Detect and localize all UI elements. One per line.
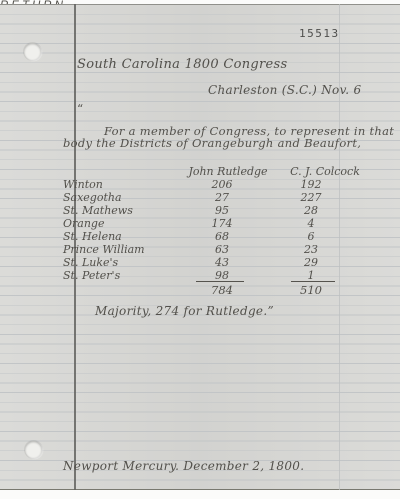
punch-hole-top [24, 43, 41, 60]
colcock-votes: 28 [276, 204, 346, 217]
sum-rule-colcock [291, 281, 335, 282]
table-row: Winton 206 192 [0, 178, 400, 191]
colcock-votes: 6 [276, 230, 346, 243]
totals-row: 784 510 [0, 283, 400, 296]
precinct-name: St. Mathews [63, 204, 133, 217]
punch-hole-bottom [25, 441, 42, 458]
precinct-name: St. Helena [63, 230, 122, 243]
opening-quote-mark: “ [77, 102, 83, 116]
colcock-total: 510 [276, 283, 346, 297]
table-row: St. Luke's 43 29 [0, 256, 400, 269]
table-row: Saxegotha 27 227 [0, 191, 400, 204]
rutledge-votes: 95 [187, 204, 257, 217]
column-header-rutledge: John Rutledge [186, 165, 270, 178]
colcock-votes: 29 [276, 256, 346, 269]
rutledge-votes: 206 [187, 178, 257, 191]
document-title: South Carolina 1800 Congress [77, 57, 287, 72]
colcock-votes: 192 [276, 178, 346, 191]
precinct-name: Orange [63, 217, 104, 230]
table-row: Orange 174 4 [0, 217, 400, 230]
scanned-document: 15513 South Carolina 1800 Congress Charl… [0, 0, 400, 499]
rutledge-votes: 63 [187, 243, 257, 256]
rutledge-votes: 68 [187, 230, 257, 243]
source-citation: Newport Mercury. December 2, 1800. [63, 459, 304, 473]
rutledge-votes: 43 [187, 256, 257, 269]
rutledge-votes: 174 [187, 217, 257, 230]
colcock-votes: 227 [276, 191, 346, 204]
catalog-number-stamp: 15513 [299, 27, 340, 40]
rutledge-total: 784 [187, 283, 257, 297]
majority-note: Majority, 274 for Rutledge.” [95, 304, 274, 318]
precinct-name: St. Luke's [63, 256, 118, 269]
sum-rule-rutledge [196, 281, 244, 282]
dateline: Charleston (S.C.) Nov. 6 [208, 83, 361, 97]
table-row: Prince William 63 23 [0, 243, 400, 256]
colcock-votes: 4 [276, 217, 346, 230]
precinct-name: Winton [63, 178, 103, 191]
body-text-line-2: body the Districts of Orangeburgh and Be… [63, 136, 361, 150]
table-row: St. Helena 68 6 [0, 230, 400, 243]
precinct-name: Saxegotha [63, 191, 122, 204]
precinct-name: St. Peter's [63, 269, 120, 282]
precinct-name: Prince William [63, 243, 145, 256]
rutledge-votes: 27 [187, 191, 257, 204]
table-row: St. Mathews 95 28 [0, 204, 400, 217]
colcock-votes: 23 [276, 243, 346, 256]
column-header-colcock: C. J. Colcock [283, 165, 367, 178]
